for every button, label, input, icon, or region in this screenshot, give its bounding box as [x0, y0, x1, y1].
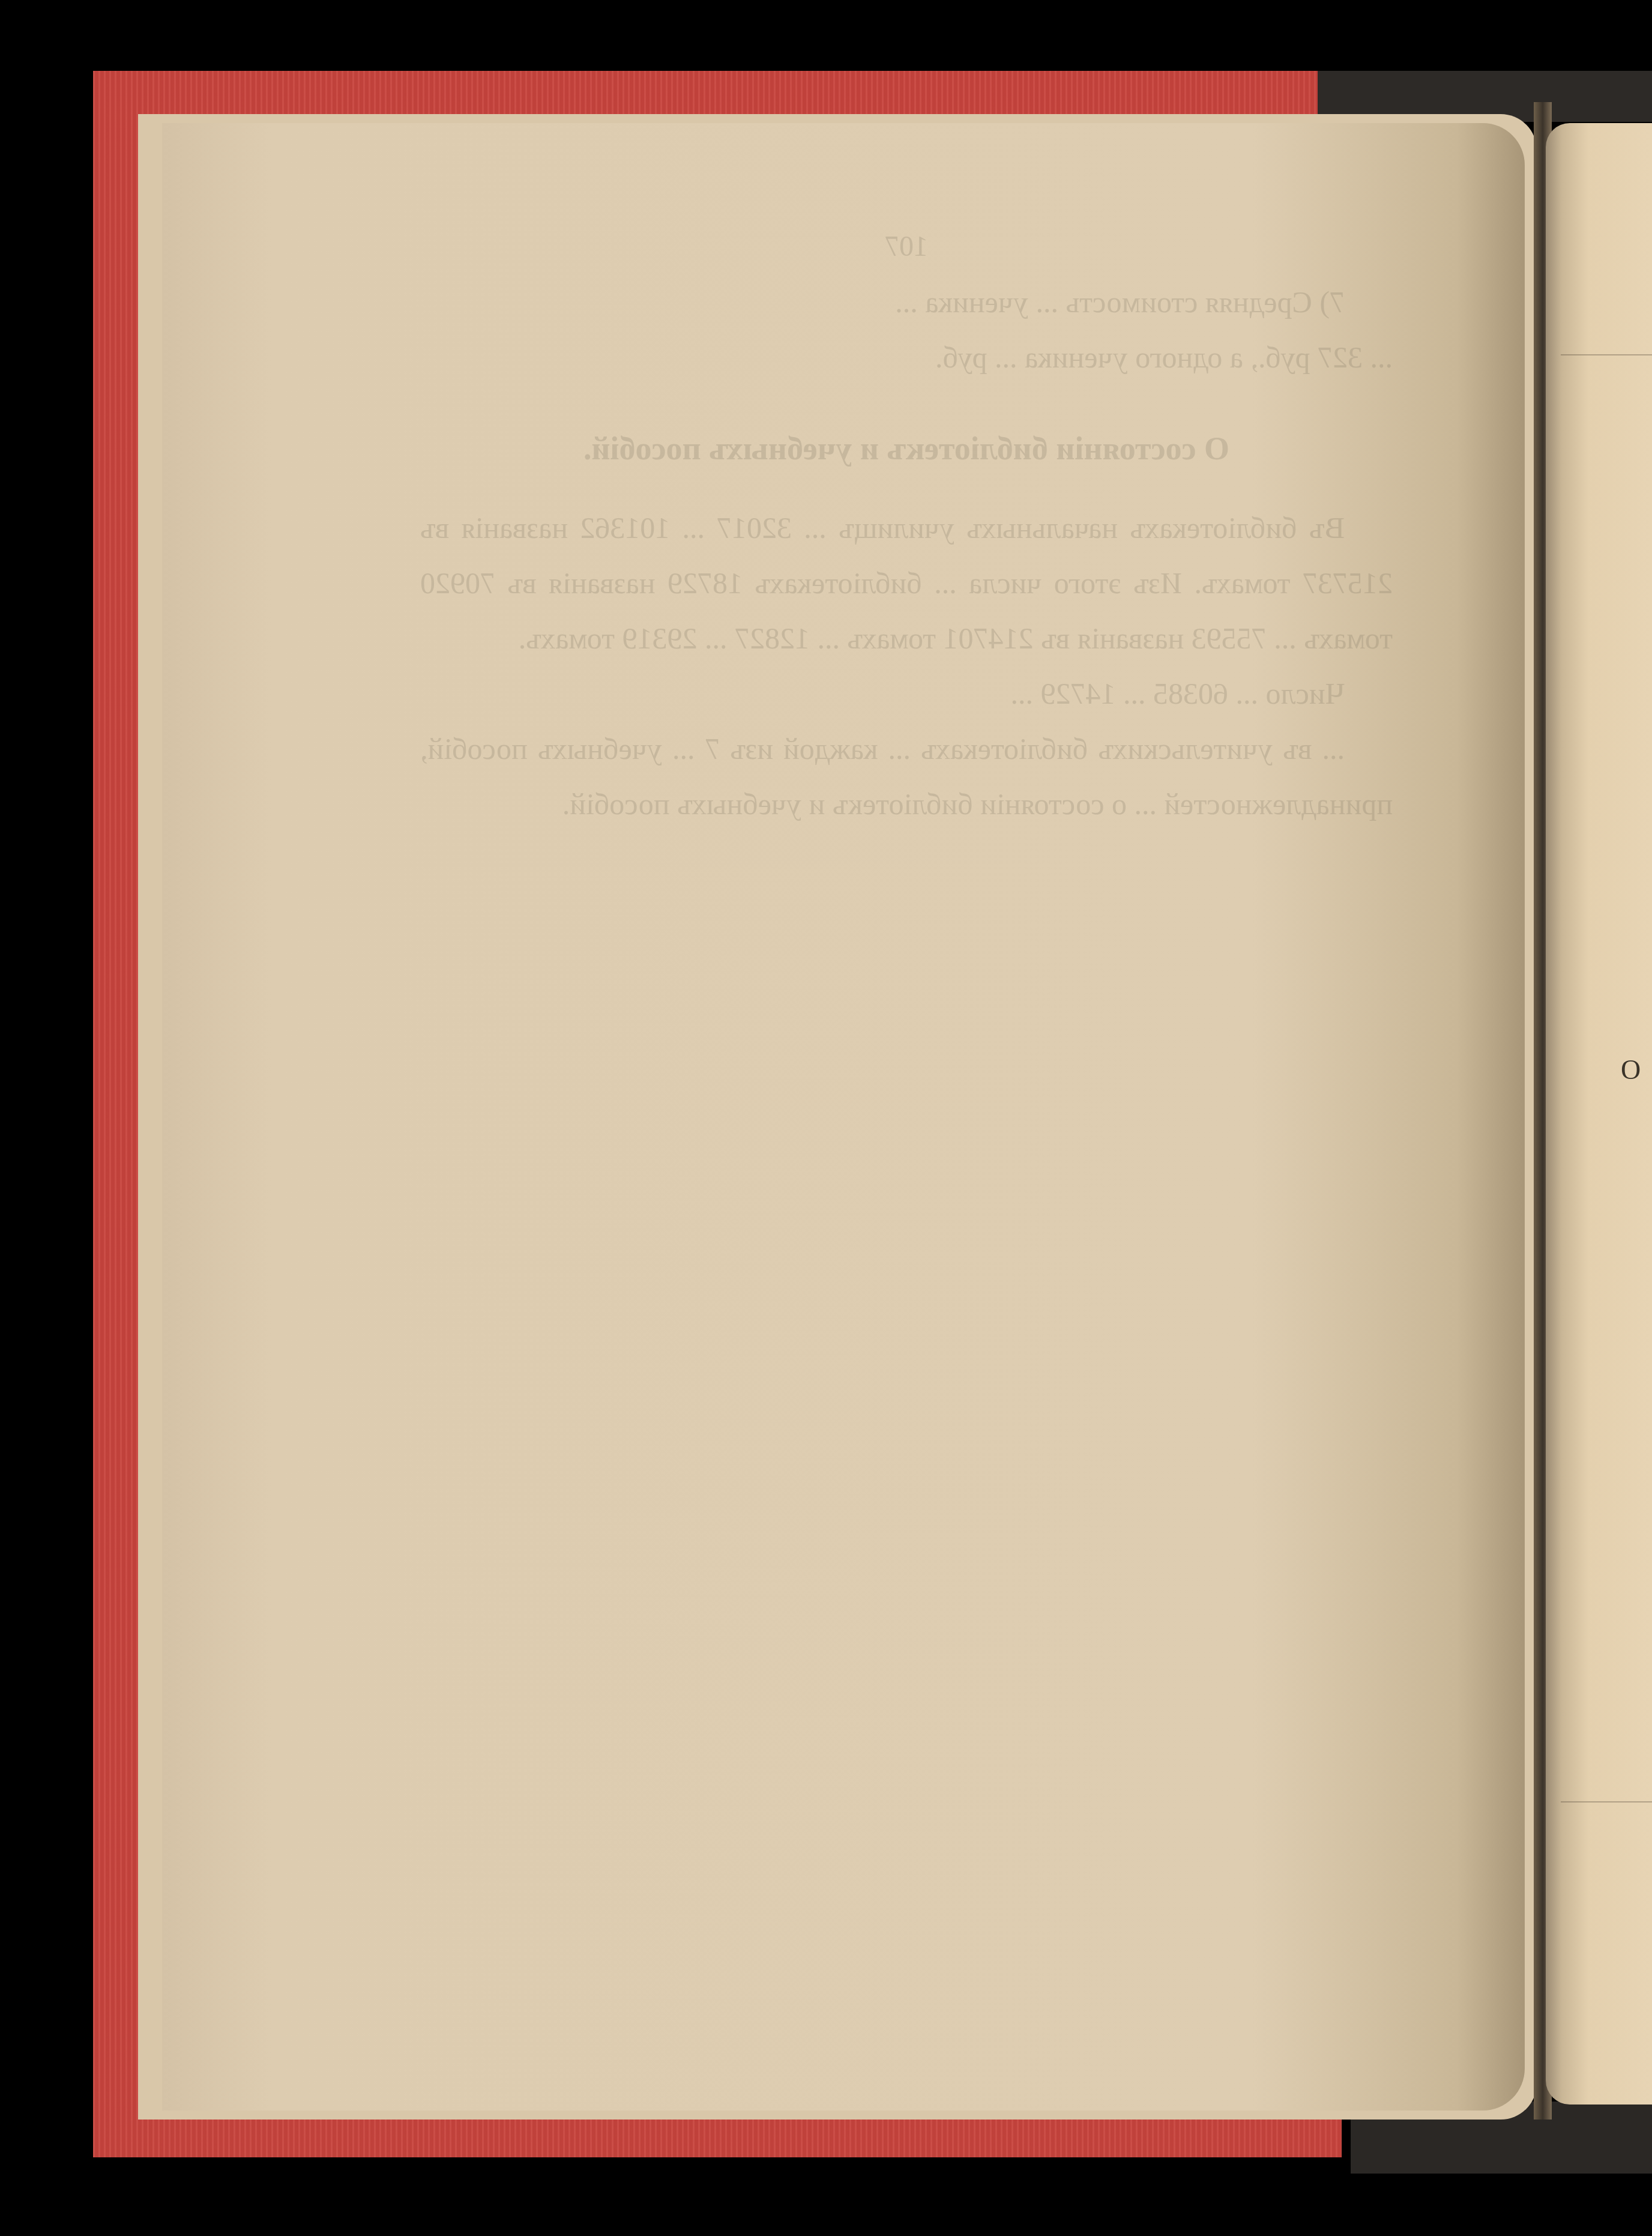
bleed-page-number: 107 — [420, 219, 1393, 274]
right-page-edge — [1546, 123, 1652, 2105]
bleed-paragraph: Въ библіотекахъ начальныхъ училищъ ... 3… — [420, 500, 1393, 666]
left-page: 107 7) Средняя стоимость ... ученика ...… — [162, 123, 1525, 2111]
bleed-paragraph: ... въ учительскихъ библіотекахъ ... каж… — [420, 721, 1393, 832]
bleed-paragraph: Число ... 60385 ... 14729 ... — [420, 666, 1393, 721]
right-page-letter: О — [1621, 1054, 1641, 1086]
bleed-line: 7) Средняя стоимость ... ученика ... — [420, 274, 1393, 330]
bleed-line: ... 327 руб., а одного ученика ... руб. — [420, 330, 1393, 385]
right-page-rule — [1561, 354, 1652, 355]
bleed-heading: О состояніи библіотекъ и учебныхъ пособі… — [420, 421, 1393, 476]
bleed-through-text: 107 7) Средняя стоимость ... ученика ...… — [420, 219, 1393, 832]
right-page-rule — [1561, 1801, 1652, 1802]
